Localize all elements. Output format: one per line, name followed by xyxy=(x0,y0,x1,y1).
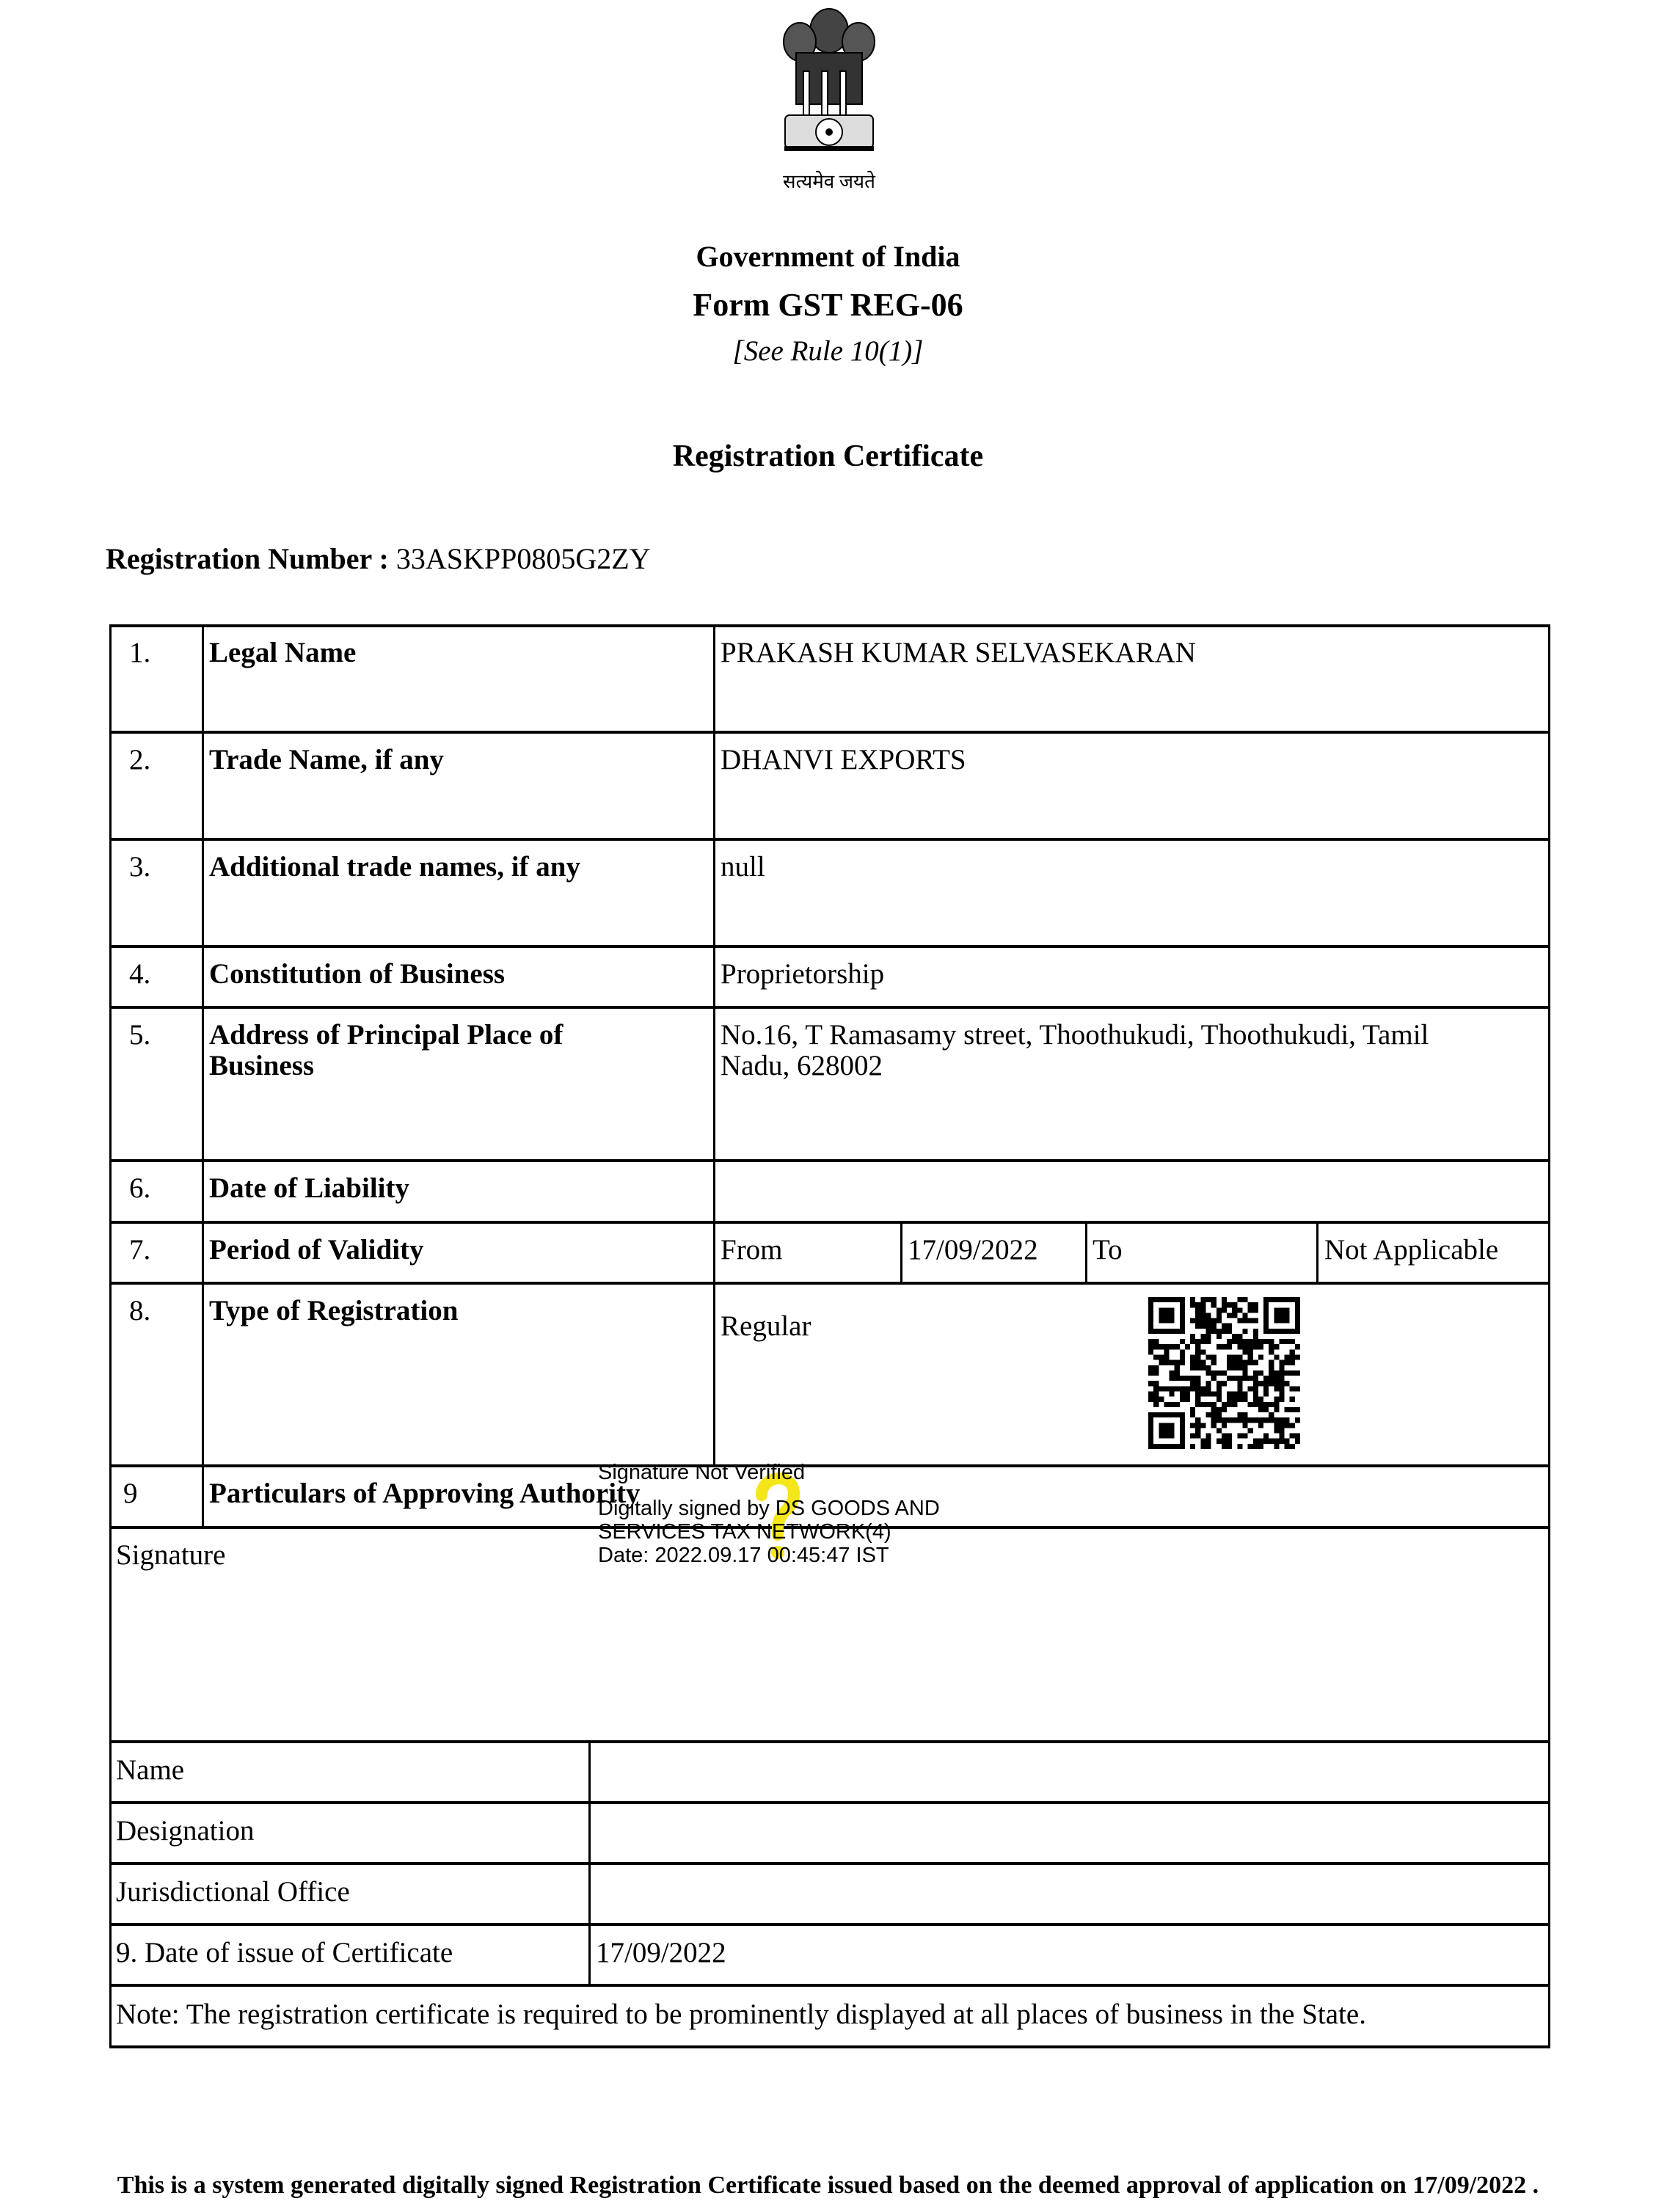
jurisdictional-office-label: Jurisdictional Office xyxy=(116,1877,350,1908)
row-number: 4. xyxy=(129,959,150,990)
row-number: 2. xyxy=(129,745,150,775)
additional-trade-names-label: Additional trade names, if any xyxy=(209,852,693,883)
row-number: 9 xyxy=(123,1478,138,1509)
registration-number-label: Registration Number : xyxy=(106,542,389,575)
row-number: 6. xyxy=(129,1173,150,1204)
validity-to-value: Not Applicable xyxy=(1324,1235,1498,1266)
additional-trade-names-value: null xyxy=(721,852,1535,883)
signed-by-line-1: Digitally signed by DS GOODS AND xyxy=(598,1497,940,1520)
national-emblem-icon xyxy=(767,1,891,152)
display-note: Note: The registration certificate is re… xyxy=(116,1999,1366,2030)
row-number: 5. xyxy=(129,1020,150,1051)
trade-name-label: Trade Name, if any xyxy=(209,745,693,775)
registration-type-label: Type of Registration xyxy=(209,1296,693,1326)
signed-by-line-2: SERVICES TAX NETWORK(4) xyxy=(598,1521,891,1544)
form-title: Form GST REG-06 xyxy=(0,286,1656,324)
constitution-value: Proprietorship xyxy=(721,959,1535,990)
registration-type-value: Regular xyxy=(721,1311,1535,1342)
address-label: Address of Principal Place of Business xyxy=(209,1020,620,1081)
rule-reference: [See Rule 10(1)] xyxy=(0,335,1656,368)
constitution-label: Constitution of Business xyxy=(209,959,693,990)
date-of-liability-label: Date of Liability xyxy=(209,1173,693,1204)
signature-status: Signature Not Verified xyxy=(598,1461,805,1484)
signature-date: Date: 2022.09.17 00:45:47 IST xyxy=(598,1544,889,1567)
row-number: 7. xyxy=(129,1235,150,1266)
registration-number-line: Registration Number : 33ASKPP0805G2ZY xyxy=(106,541,651,576)
row-number: 3. xyxy=(129,852,150,883)
signature-label: Signature xyxy=(116,1540,225,1571)
row-number: 8. xyxy=(129,1296,150,1326)
government-title: Government of India xyxy=(0,239,1656,274)
qr-code-icon xyxy=(1148,1297,1300,1449)
trade-name-value: DHANVI EXPORTS xyxy=(721,745,1535,775)
motto: सत्यमेव जयते xyxy=(763,167,895,194)
validity-to-label: To xyxy=(1093,1235,1123,1266)
issue-date-label: 9. Date of issue of Certificate xyxy=(116,1938,453,1968)
legal-name-label: Legal Name xyxy=(209,638,693,668)
row-number: 1. xyxy=(129,638,150,668)
legal-name-value: PRAKASH KUMAR SELVASEKARAN xyxy=(721,638,1535,668)
registration-number-value: 33ASKPP0805G2ZY xyxy=(396,542,651,575)
footer-statement: This is a system generated digitally sig… xyxy=(0,2172,1656,2200)
certificate-title: Registration Certificate xyxy=(0,439,1656,474)
address-value: No.16, T Ramasamy street, Thoothukudi, T… xyxy=(721,1020,1498,1081)
issue-date-value: 17/09/2022 xyxy=(596,1938,726,1968)
name-label: Name xyxy=(116,1755,184,1786)
validity-from-date: 17/09/2022 xyxy=(908,1235,1038,1266)
designation-label: Designation xyxy=(116,1816,254,1847)
period-of-validity-label: Period of Validity xyxy=(209,1235,693,1266)
validity-from-label: From xyxy=(721,1235,783,1266)
